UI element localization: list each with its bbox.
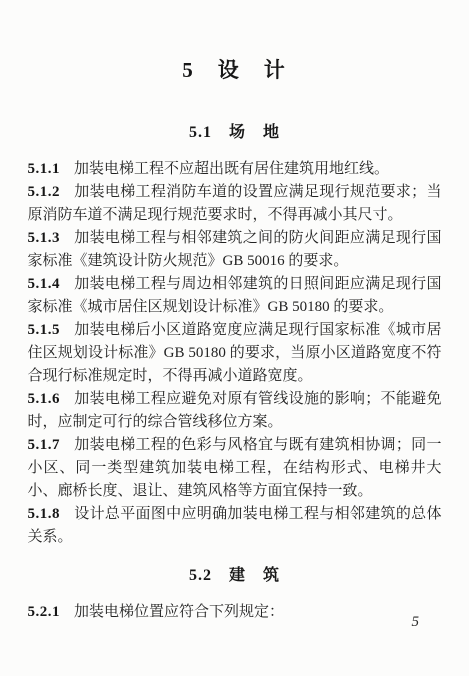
clause-number: 5.1.6 [28,391,61,407]
clause-text: 加装电梯工程与周边相邻建筑的日照间距应满足现行国家标准《城市居住区规划设计标准》… [28,276,442,315]
clause-text: 加装电梯工程不应超出既有居住建筑用地红线。 [74,161,389,177]
clause-text: 加装电梯工程与相邻建筑之间的防火间距应满足现行国家标准《建筑设计防火规范》GB … [28,230,442,269]
clause-text: 加装电梯位置应符合下列规定： [74,604,284,620]
page-number: 5 [412,614,420,631]
clause-5-2-1: 5.2.1加装电梯位置应符合下列规定： [28,601,442,624]
document-page: 5 设 计 5.1 场 地 5.1.1加装电梯工程不应超出既有居住建筑用地红线。… [0,0,469,676]
clause-number: 5.1.3 [28,230,61,246]
clause-5-1-5: 5.1.5加装电梯后小区道路宽度应满足现行国家标准《城市居住区规划设计标准》GB… [28,319,442,388]
clause-5-1-6: 5.1.6加装电梯工程应避免对原有管线设施的影响；不能避免时，应制定可行的综合管… [28,388,442,434]
clause-number: 5.1.1 [28,161,61,177]
clause-text: 加装电梯工程应避免对原有管线设施的影响；不能避免时，应制定可行的综合管线移位方案… [28,391,442,430]
clause-5-1-7: 5.1.7加装电梯工程的色彩与风格宜与既有建筑相协调；同一小区、同一类型建筑加装… [28,434,442,503]
clause-5-1-2: 5.1.2加装电梯工程消防车道的设置应满足现行规范要求；当原消防车道不满足现行规… [28,181,442,227]
section-5-1-body: 5.1.1加装电梯工程不应超出既有居住建筑用地红线。 5.1.2加装电梯工程消防… [28,158,442,549]
section-5-2-body: 5.2.1加装电梯位置应符合下列规定： [28,601,442,624]
chapter-title: 5 设 计 [0,55,469,85]
clause-number: 5.1.8 [28,506,61,522]
clause-5-1-4: 5.1.4加装电梯工程与周边相邻建筑的日照间距应满足现行国家标准《城市居住区规划… [28,273,442,319]
clause-number: 5.1.7 [28,437,61,453]
clause-number: 5.2.1 [28,604,61,620]
clause-text: 加装电梯工程消防车道的设置应满足现行规范要求；当原消防车道不满足现行规范要求时，… [28,184,442,223]
clause-number: 5.1.2 [28,184,61,200]
clause-5-1-8: 5.1.8设计总平面图中应明确加装电梯工程与相邻建筑的总体关系。 [28,503,442,549]
clause-number: 5.1.4 [28,276,61,292]
section-heading-5-2: 5.2 建 筑 [0,564,469,588]
clause-5-1-3: 5.1.3加装电梯工程与相邻建筑之间的防火间距应满足现行国家标准《建筑设计防火规… [28,227,442,273]
clause-text: 加装电梯后小区道路宽度应满足现行国家标准《城市居住区规划设计标准》GB 5018… [28,322,442,384]
clause-text: 加装电梯工程的色彩与风格宜与既有建筑相协调；同一小区、同一类型建筑加装电梯工程，… [28,437,442,499]
clause-5-1-1: 5.1.1加装电梯工程不应超出既有居住建筑用地红线。 [28,158,442,181]
clause-text: 设计总平面图中应明确加装电梯工程与相邻建筑的总体关系。 [28,506,442,545]
section-heading-5-1: 5.1 场 地 [0,121,469,145]
clause-number: 5.1.5 [28,322,61,338]
